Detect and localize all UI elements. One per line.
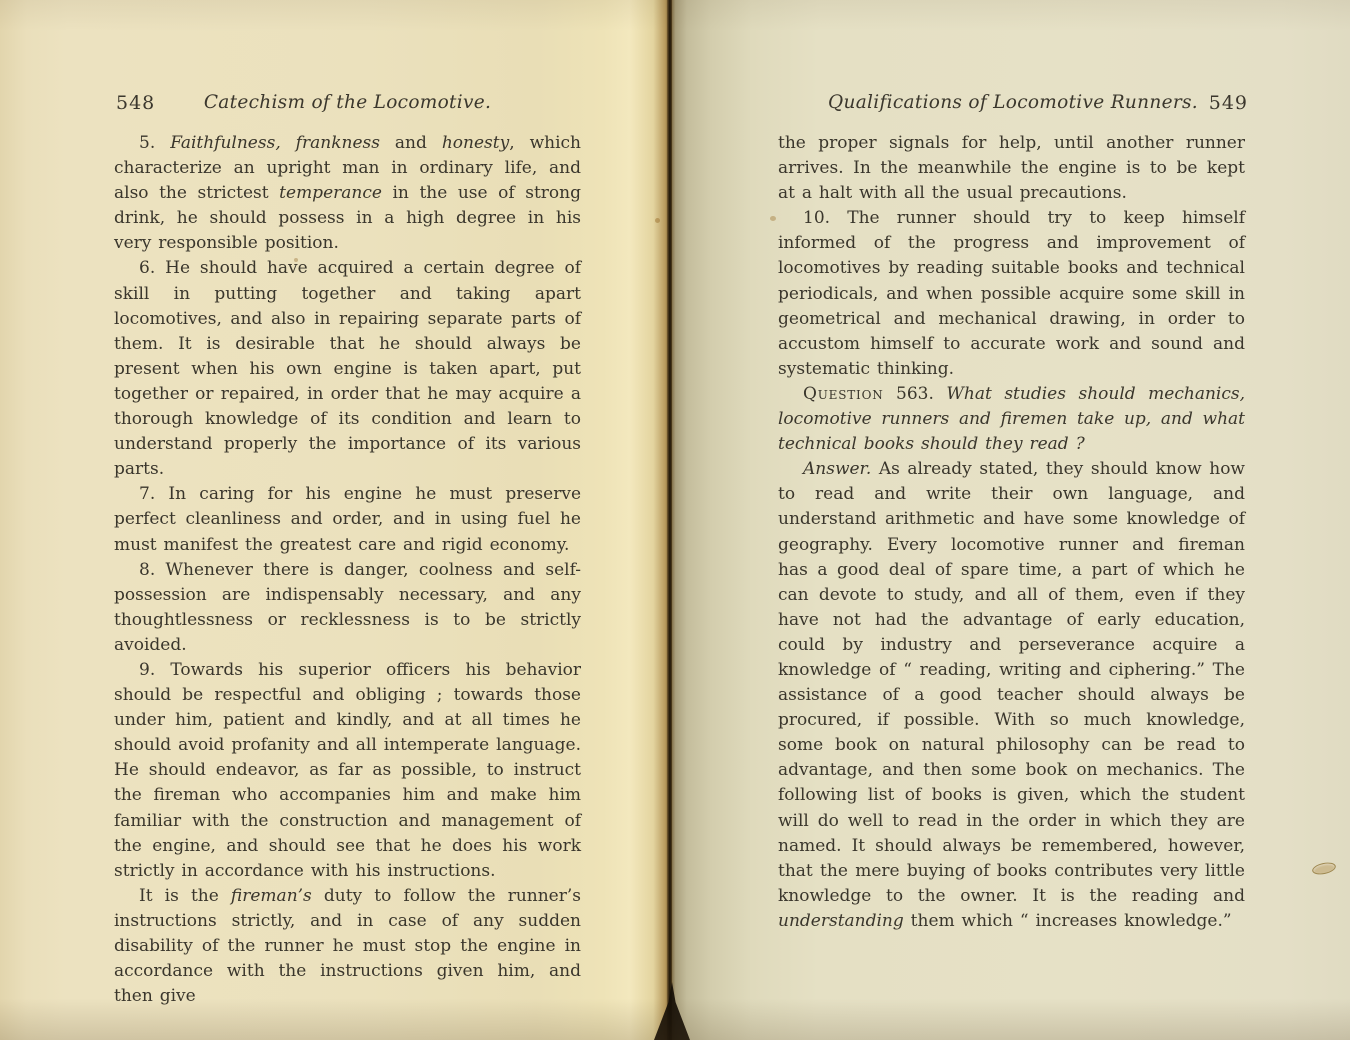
right-page-text: the proper signals for help, until anoth… xyxy=(778,131,1245,934)
text-segment: understanding xyxy=(778,911,904,931)
left-page-text: 5. Faithfulness, frankness and honesty, … xyxy=(114,131,581,1009)
book-scan: 548 Catechism of the Locomotive. 5. Fait… xyxy=(0,0,1350,1040)
text-segment: fireman’s xyxy=(231,886,312,906)
left-page: 548 Catechism of the Locomotive. 5. Fait… xyxy=(0,0,670,1040)
paragraph: 5. Faithfulness, frankness and honesty, … xyxy=(114,131,581,256)
text-segment: Faithfulness, frankness xyxy=(170,133,380,153)
right-page: Qualifications of Locomotive Runners. 54… xyxy=(670,0,1350,1040)
left-page-header: 548 Catechism of the Locomotive. xyxy=(114,92,581,118)
text-segment: 8. Whenever there is danger, coolness an… xyxy=(114,560,581,655)
foxing-spot xyxy=(294,258,298,262)
left-page-number: 548 xyxy=(116,92,155,114)
paragraph: 9. Towards his superior officers his beh… xyxy=(114,658,581,884)
paragraph: 6. He should have acquired a certain deg… xyxy=(114,256,581,482)
book-gutter xyxy=(667,0,672,1040)
text-segment: 5. xyxy=(139,133,170,153)
text-segment: 9. Towards his superior officers his beh… xyxy=(114,660,581,881)
text-segment: 563. xyxy=(884,384,947,404)
right-page-number: 549 xyxy=(1209,92,1248,114)
paragraph: the proper signals for help, until anoth… xyxy=(778,131,1245,206)
text-segment: 10. The runner should try to keep himsel… xyxy=(778,208,1245,379)
text-segment: Answer. xyxy=(803,459,871,479)
paragraph: 10. The runner should try to keep himsel… xyxy=(778,206,1245,382)
text-segment: and xyxy=(380,133,442,153)
paragraph: 7. In caring for his engine he must pres… xyxy=(114,482,581,557)
foxing-spot xyxy=(770,216,776,221)
text-segment: It is the xyxy=(139,886,231,906)
text-segment: Question xyxy=(803,384,884,404)
text-segment: 7. In caring for his engine he must pres… xyxy=(114,484,581,554)
text-segment: the proper signals for help, until anoth… xyxy=(778,133,1245,203)
paragraph: It is the fireman’s duty to follow the r… xyxy=(114,884,581,1009)
paragraph: 8. Whenever there is danger, coolness an… xyxy=(114,558,581,658)
right-page-header: Qualifications of Locomotive Runners. 54… xyxy=(778,92,1248,118)
text-segment: them which “ increases knowledge.” xyxy=(904,911,1232,931)
paragraph: Question 563. What studies should mechan… xyxy=(778,382,1245,457)
text-segment: 6. He should have acquired a certain deg… xyxy=(114,258,581,479)
paragraph: Answer. As already stated, they should k… xyxy=(778,457,1245,934)
text-segment: temperance xyxy=(279,183,382,203)
text-segment: honesty xyxy=(442,133,509,153)
left-running-title: Catechism of the Locomotive. xyxy=(114,92,581,113)
right-running-title: Qualifications of Locomotive Runners. xyxy=(778,92,1248,113)
foxing-spot xyxy=(655,218,660,223)
text-segment: As already stated, they should know how … xyxy=(778,459,1245,906)
